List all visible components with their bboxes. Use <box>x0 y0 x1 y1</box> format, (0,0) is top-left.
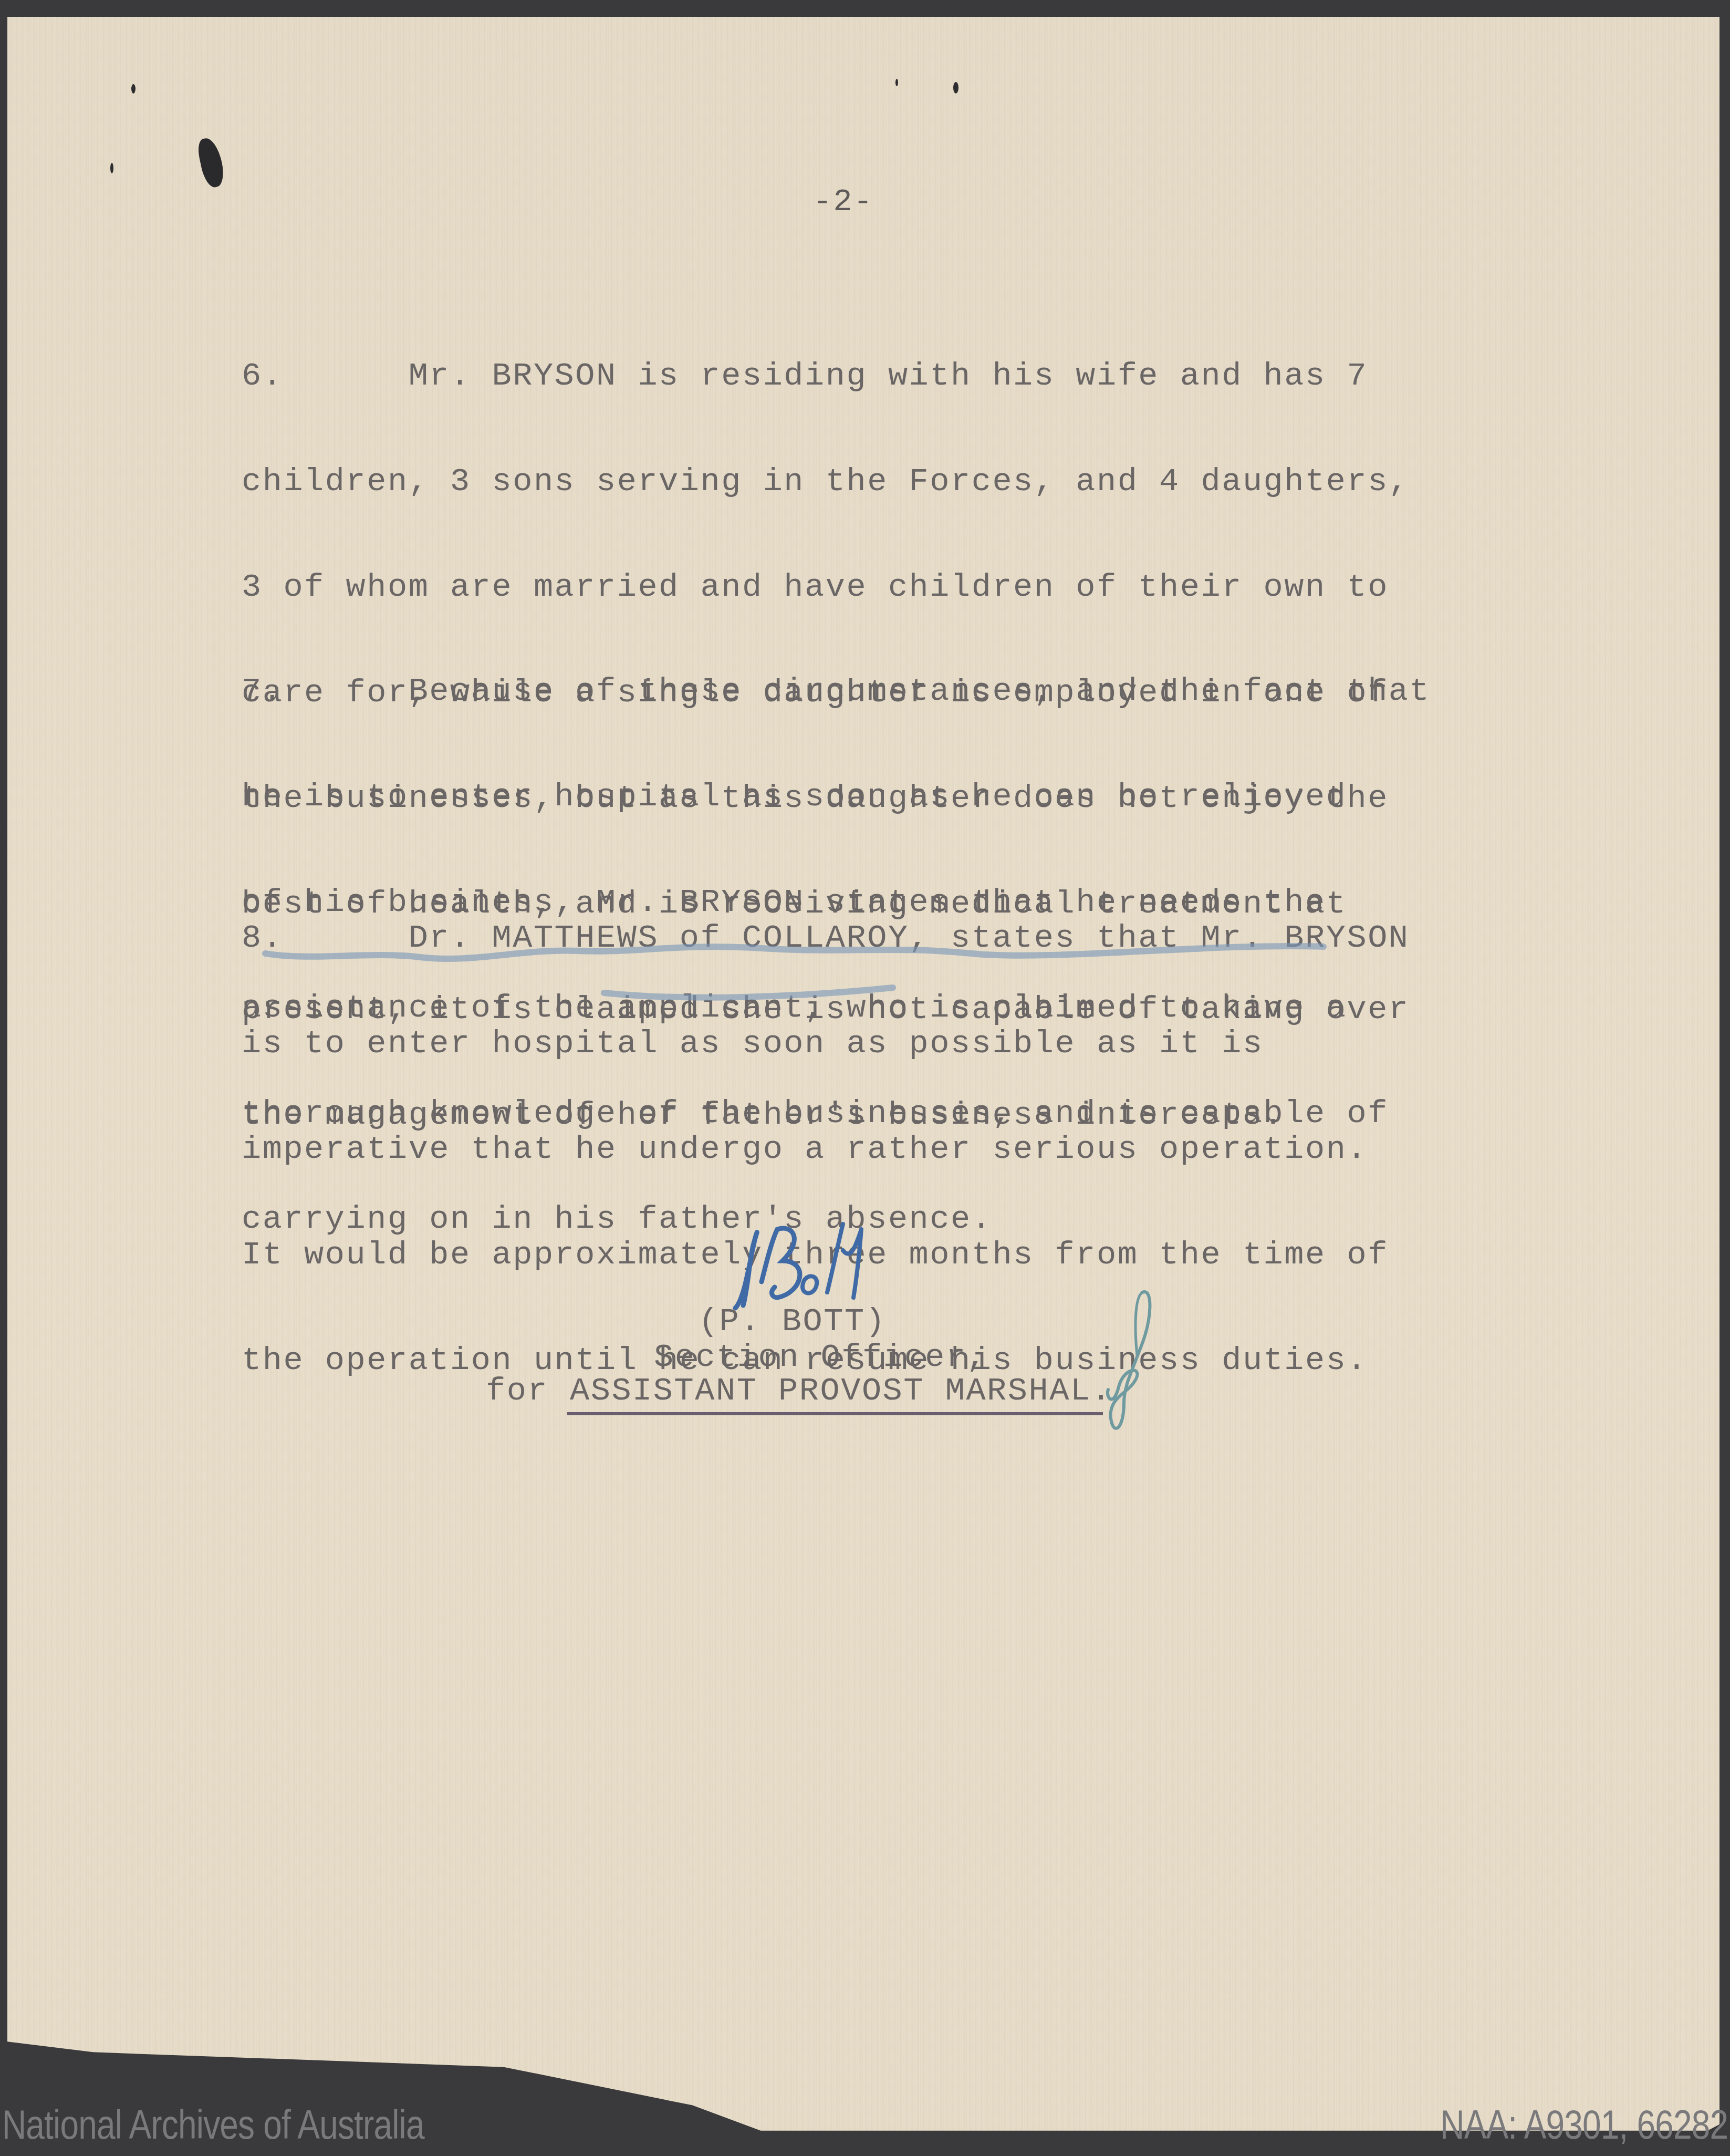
signatory-for-prefix: for <box>486 1372 548 1409</box>
signatory-name: (P. BOTT) <box>699 1303 886 1340</box>
archive-watermark-left: National Archives of Australia <box>2 2101 424 2149</box>
initials-annotation <box>1103 1287 1161 1439</box>
signatory-role: ASSISTANT PROVOST MARSHAL. <box>570 1372 1112 1409</box>
archive-reference-watermark: NAA: A9301, 66282 <box>1440 2101 1728 2149</box>
role-underline <box>567 1412 1103 1415</box>
pencil-underline-annotation <box>0 0 1730 2156</box>
signatory-title: Section Officer, <box>654 1339 987 1376</box>
